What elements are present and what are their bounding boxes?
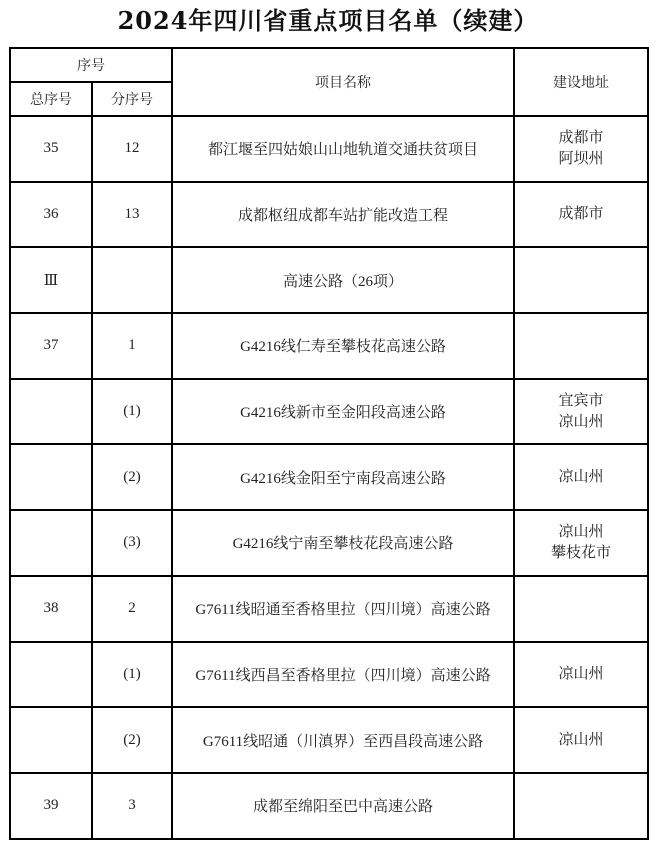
address-line: 凉山州 [515,412,647,433]
sub-no-cell: (2) [92,444,172,510]
header-row-1: 序号 项目名称 建设地址 [10,48,648,82]
sub-no-cell [92,247,172,313]
address-line: 凉山州 [515,730,647,751]
project-table: 序号 项目名称 建设地址 总序号 分序号 35 12 都江堰至四姑娘山山地轨道交… [9,47,649,840]
total-no-cell: Ⅲ [10,247,92,313]
project-name-cell: G7611线西昌至香格里拉（四川境）高速公路 [172,642,514,708]
total-no-cell: 35 [10,116,92,182]
address-cell [514,576,648,642]
section-name-cell: 高速公路（26项） [172,247,514,313]
sub-no-cell: 12 [92,116,172,182]
total-no-cell [10,707,92,773]
total-no-cell: 39 [10,773,92,839]
table-row: 39 3 成都至绵阳至巴中高速公路 [10,773,648,839]
sub-no-cell: 13 [92,182,172,248]
sub-no-cell: (2) [92,707,172,773]
address-line: 凉山州 [515,664,647,685]
table-row: (1) G7611线西昌至香格里拉（四川境）高速公路 凉山州 [10,642,648,708]
address-cell: 宜宾市 凉山州 [514,379,648,445]
address-cell: 凉山州 [514,444,648,510]
address-line: 凉山州 [515,522,647,543]
table-row: 36 13 成都枢纽成都车站扩能改造工程 成都市 [10,182,648,248]
total-no-cell [10,510,92,576]
table-row: 38 2 G7611线昭通至香格里拉（四川境）高速公路 [10,576,648,642]
table-row: (2) G7611线昭通（川滇界）至西昌段高速公路 凉山州 [10,707,648,773]
sub-no-cell: 2 [92,576,172,642]
project-name-cell: 成都枢纽成都车站扩能改造工程 [172,182,514,248]
sub-no-cell: (3) [92,510,172,576]
address-line: 凉山州 [515,467,647,488]
sub-no-cell: 1 [92,313,172,379]
address-cell: 凉山州 [514,642,648,708]
total-no-cell: 37 [10,313,92,379]
table-row: 35 12 都江堰至四姑娘山山地轨道交通扶贫项目 成都市 阿坝州 [10,116,648,182]
total-no-cell: 38 [10,576,92,642]
project-name-cell: G7611线昭通至香格里拉（四川境）高速公路 [172,576,514,642]
total-no-cell: 36 [10,182,92,248]
address-cell [514,313,648,379]
address-line: 攀枝花市 [515,543,647,564]
address-cell: 成都市 阿坝州 [514,116,648,182]
total-no-cell [10,379,92,445]
address-cell [514,773,648,839]
address-line: 宜宾市 [515,391,647,412]
address-line: 成都市 [515,128,647,149]
total-no-cell [10,642,92,708]
address-cell: 凉山州 攀枝花市 [514,510,648,576]
table-row: (3) G4216线宁南至攀枝花段高速公路 凉山州 攀枝花市 [10,510,648,576]
header-total-no: 总序号 [10,82,92,116]
table-row: (2) G4216线金阳至宁南段高速公路 凉山州 [10,444,648,510]
project-name-cell: 成都至绵阳至巴中高速公路 [172,773,514,839]
sub-no-cell: (1) [92,642,172,708]
project-name-cell: G4216线仁寿至攀枝花高速公路 [172,313,514,379]
header-serial-group: 序号 [10,48,172,82]
address-cell [514,247,648,313]
sub-no-cell: (1) [92,379,172,445]
header-sub-no: 分序号 [92,82,172,116]
sub-no-cell: 3 [92,773,172,839]
project-name-cell: G4216线金阳至宁南段高速公路 [172,444,514,510]
total-no-cell [10,444,92,510]
address-cell: 凉山州 [514,707,648,773]
header-project-name: 项目名称 [172,48,514,116]
address-line: 阿坝州 [515,149,647,170]
project-name-cell: 都江堰至四姑娘山山地轨道交通扶贫项目 [172,116,514,182]
address-cell: 成都市 [514,182,648,248]
project-name-cell: G4216线新市至金阳段高速公路 [172,379,514,445]
header-address: 建设地址 [514,48,648,116]
address-line: 成都市 [515,204,647,225]
page-title: 2024年四川省重点项目名单（续建） [0,4,656,38]
table-row: 37 1 G4216线仁寿至攀枝花高速公路 [10,313,648,379]
table-row-section: Ⅲ 高速公路（26项） [10,247,648,313]
project-name-cell: G4216线宁南至攀枝花段高速公路 [172,510,514,576]
table-row: (1) G4216线新市至金阳段高速公路 宜宾市 凉山州 [10,379,648,445]
project-name-cell: G7611线昭通（川滇界）至西昌段高速公路 [172,707,514,773]
